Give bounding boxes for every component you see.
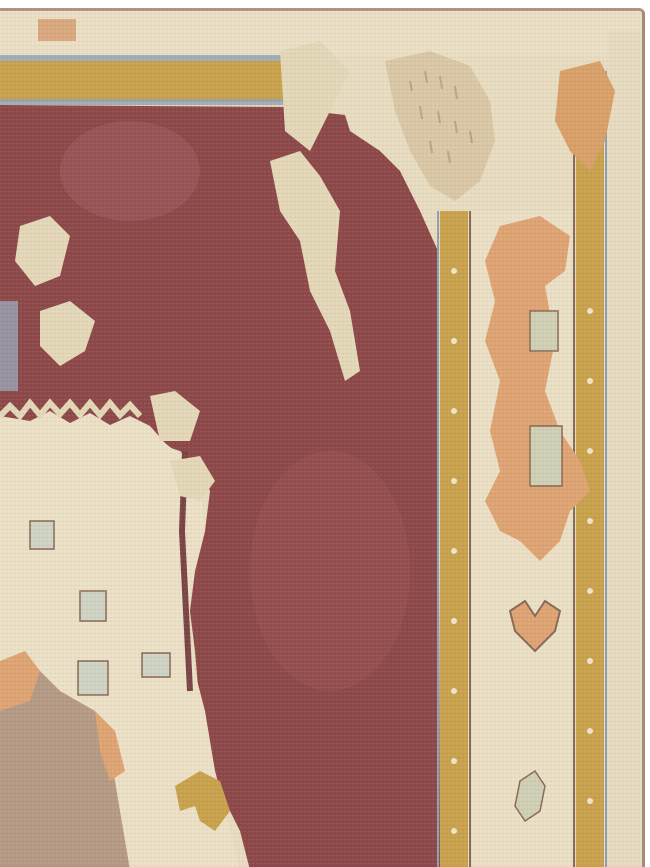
rug-photo bbox=[0, 8, 645, 867]
rug-pattern bbox=[0, 11, 642, 867]
